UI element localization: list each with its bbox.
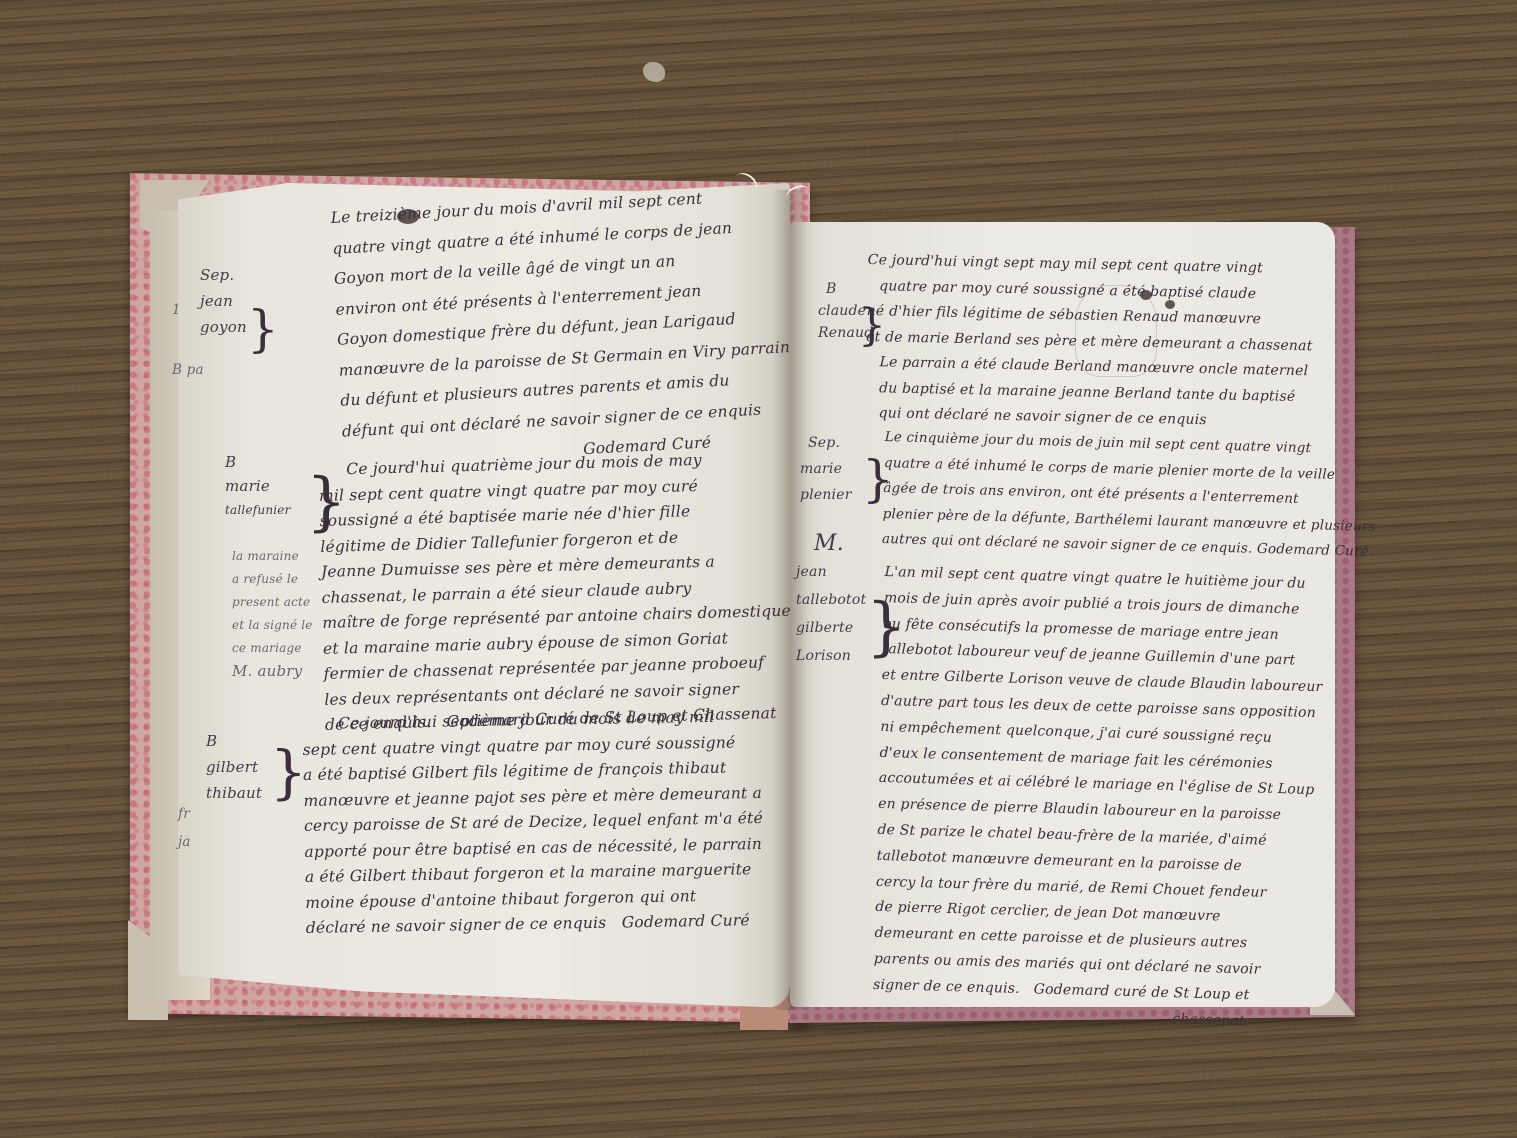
margin-edge-notes-lower: fr ja xyxy=(178,800,191,856)
margin-line: present acte xyxy=(232,591,313,614)
margin-line: marie xyxy=(225,474,291,498)
margin-line: Lorison xyxy=(796,642,866,670)
margin-line: B xyxy=(818,278,873,300)
margin-line: et la signé le xyxy=(232,614,313,637)
entry-line: déclaré ne savoir signer de ce enquis xyxy=(306,914,607,937)
margin-note-baptism-marie: B marie tallefunier xyxy=(225,450,291,522)
margin-line: B xyxy=(206,728,262,754)
entry-baptism-marie-tallefunier: Ce jourd'hui quatrième jour du mois de m… xyxy=(318,446,794,739)
entry-baptism-claude-renaud: Ce jourd'hui vingt sept may mil sept cen… xyxy=(864,248,1314,436)
margin-line: M. xyxy=(796,530,866,558)
margin-line: Sep. xyxy=(800,430,852,456)
entry-burial-jean-goyon: Le treizième jour du mois d'avril mil se… xyxy=(330,179,796,477)
margin-note-maraine: la maraine a refusé le present acte et l… xyxy=(232,545,313,683)
margin-line: tallebotot xyxy=(796,586,866,614)
margin-note-marriage: M. jean tallebotot gilberte Lorison xyxy=(796,530,866,670)
entry-baptism-gilbert-thibaut: Ce jourd'hui septième jour du mois de ma… xyxy=(302,704,765,941)
margin-line: ja xyxy=(178,828,191,856)
margin-line: plenier xyxy=(800,482,852,508)
margin-line: 1 xyxy=(172,280,204,340)
brace: } xyxy=(247,300,279,358)
margin-note-burial-marie-plenier: Sep. marie plenier xyxy=(800,430,852,508)
margin-edge-notes: 1 B pa xyxy=(172,280,204,400)
curate-signature: Godemard Curé xyxy=(1257,541,1369,560)
margin-line: M. aubry xyxy=(232,660,313,683)
entry-marriage-tallebotot-lorison: L'an mil sept cent quatre vingt quatre l… xyxy=(872,560,1326,1036)
margin-line: jean xyxy=(796,558,866,586)
margin-line: la maraine xyxy=(232,545,313,568)
margin-line: jean xyxy=(200,288,247,314)
margin-line: B pa xyxy=(172,340,204,400)
table-smudge xyxy=(643,62,665,82)
entry-burial-marie-plenier: Le cinquième jour du mois de juin mil se… xyxy=(882,425,1378,565)
margin-line: thibaut xyxy=(206,780,262,806)
entry-line: signer de ce enquis. xyxy=(873,977,1020,997)
margin-line: Sep. xyxy=(200,262,247,288)
margin-line: tallefunier xyxy=(225,498,291,522)
margin-line: B xyxy=(225,450,291,474)
margin-line: gilberte xyxy=(796,614,866,642)
curate-signature: Godemard Curé xyxy=(622,911,750,931)
margin-line: marie xyxy=(800,456,852,482)
brace: } xyxy=(270,738,307,806)
margin-line: a refusé le xyxy=(232,568,313,591)
margin-line: gilbert xyxy=(206,754,262,780)
margin-note-burial-goyon: Sep. jean goyon xyxy=(200,262,247,340)
curate-signature: Godemard curé de St Loup et xyxy=(1034,981,1250,1003)
margin-note-baptism-gilbert: B gilbert thibaut xyxy=(206,728,262,806)
margin-line: fr xyxy=(178,800,191,828)
entry-line: autres qui ont déclaré ne savoir signer … xyxy=(882,531,1253,557)
margin-line: ce mariage xyxy=(232,637,313,660)
margin-line: goyon xyxy=(200,314,247,340)
